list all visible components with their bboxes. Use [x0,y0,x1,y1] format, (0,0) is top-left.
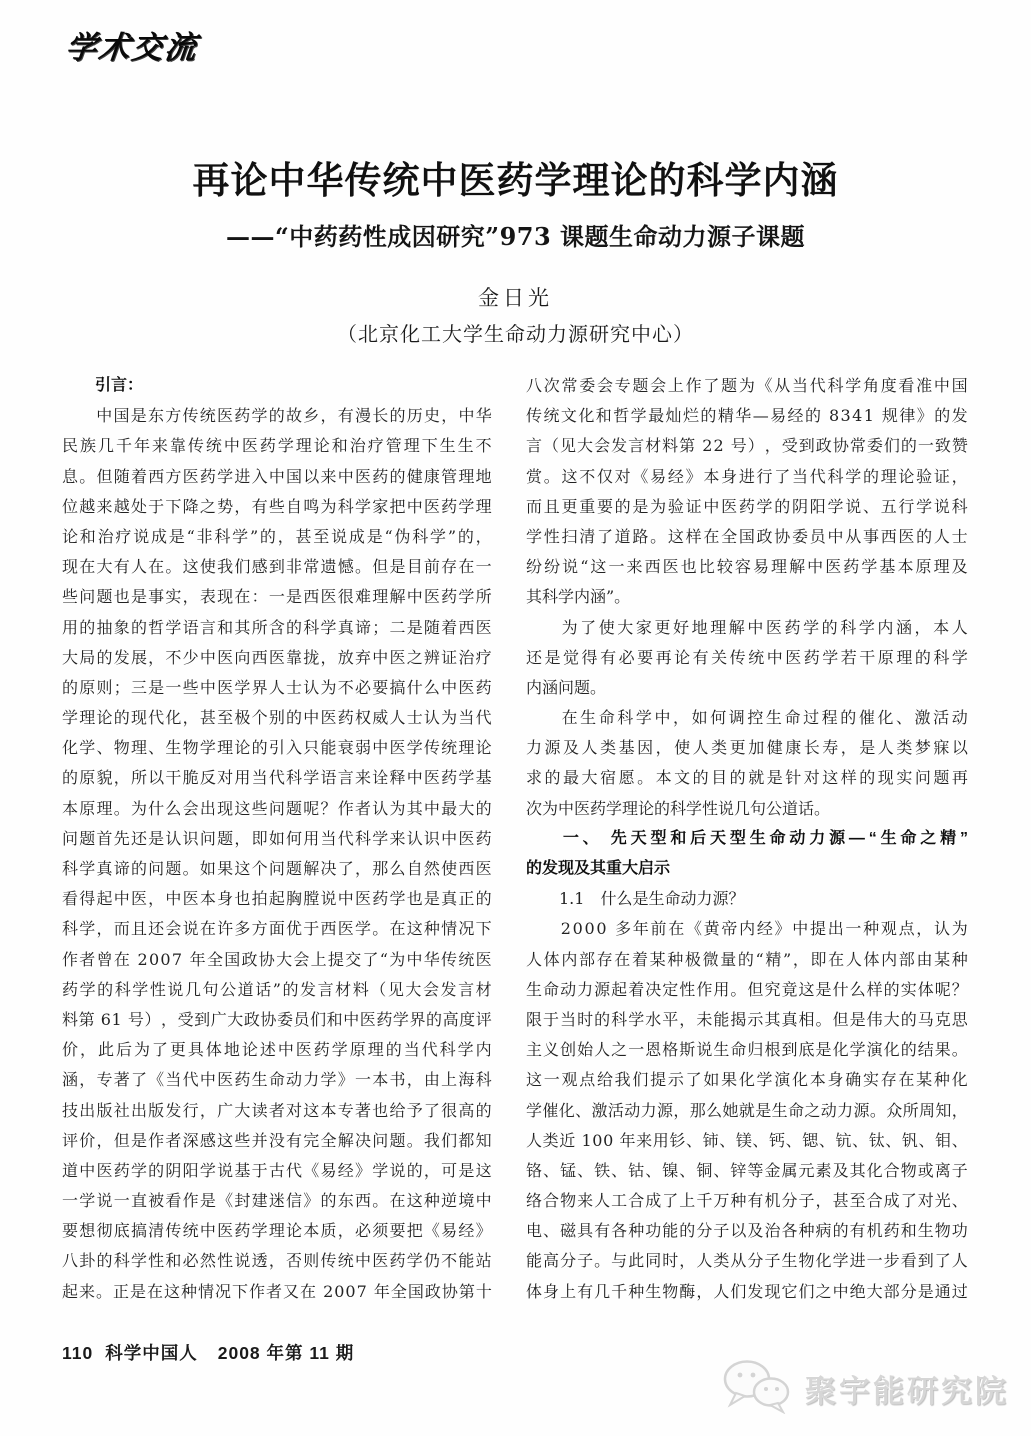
text-line: 次为中医药学理论的科学性说几句公道话。 [526,794,968,824]
text-line: 限于当时的科学水平，未能揭示其真相。但是伟大的马克思 [526,1005,968,1035]
text-line: 科学真谛的问题。如果这个问题解决了，那么自然使西医 [62,854,492,884]
wechat-icon [721,1358,793,1418]
text-line: 民族几千年来靠传统中医药学理论和治疗管理下生生不 [62,431,492,461]
text-line: 还是觉得有必要再论有关传统中医药学若干原理的科学 [526,643,968,673]
text-line: 一学说一直被看作是《封建迷信》的东西。在这种逆境中 [62,1186,492,1216]
text-line: 的原貌，所以干脆反对用当代科学语言来诠释中医药学基 [62,763,492,793]
text-line: 人类近 100 年来用钐、铈、镁、钙、锶、钪、钛、钒、钼、 [526,1126,968,1156]
text-line: 化学、物理、生物学理论的引入只能衰弱中医学传统理论 [62,733,492,763]
text-line: 能高分子。与此同时，人类从分子生物化学进一步看到了人 [526,1246,968,1276]
left-column: 引言：中国是东方传统医药学的故乡，有漫长的历史，中华民族几千年来靠传统中医药学理… [62,371,492,1307]
scanned-paper-page: 学术交流 再论中华传统中医药学理论的科学内涵 ——“中药药性成因研究”973 课… [0,0,1031,1436]
text-line: 看得起中医，中医本身也拍起胸膛说中医药学也是真正的 [62,884,492,914]
paper-subtitle: ——“中药药性成因研究”973 课题生命动力源子课题 [0,217,1031,252]
text-line: 的发现及其重大启示 [526,854,968,884]
text-line: 学理论的现代化，甚至极个别的中医药权威人士认为当代 [62,703,492,733]
text-line: 本原理。为什么会出现这些问题呢？作者认为其中最大的 [62,794,492,824]
author-name: 金日光 [0,282,1031,312]
text-line: 传统文化和哲学最灿烂的精华—易经的 8341 规律》的发 [526,401,968,431]
text-line: 现在大有人在。这使我们感到非常遗憾。但是目前存在一 [62,552,492,582]
page-footer: 110 科学中国人 2008 年第 11 期 [62,1340,354,1365]
text-line: 这一观点给我们提示了如果化学演化本身确实存在某种化 [526,1065,968,1095]
text-line: 生命动力源起着决定性作用。但究竟这是什么样的实体呢？ [526,975,968,1005]
text-line: 涵，专著了《当代中医药生命动力学》一本书，由上海科 [62,1065,492,1095]
text-line: 2000 多年前在《黄帝内经》中提出一种观点，认为 [526,914,968,944]
text-line: 一、 先天型和后天型生命动力源—“生命之精” [526,824,968,854]
text-line: 药学的科学性说几句公道话”的发言材料（见大会发言材 [62,975,492,1005]
text-line: 位越来越处于下降之势，有些自鸣为科学家把中医药学理 [62,492,492,522]
text-line: 八卦的科学性和必然性说透，否则传统中医药学仍不能站 [62,1246,492,1276]
right-column: 八次常委会专题会上作了题为《从当代科学角度看准中国传统文化和哲学最灿烂的精华—易… [526,371,968,1307]
text-line: 八次常委会专题会上作了题为《从当代科学角度看准中国 [526,371,968,401]
text-line: 在生命科学中，如何调控生命过程的催化、激活动 [526,703,968,733]
text-line: 引言： [62,371,492,401]
text-line: 技出版社出版发行，广大读者对这本专著也给予了很高的 [62,1096,492,1126]
text-line: 络合物来人工合成了上千万种有机分子，甚至合成了对光、 [526,1186,968,1216]
text-line: 的原则；三是一些中医学界人士认为不必要搞什么中医药 [62,673,492,703]
text-line: 论和治疗说成是“非科学”的，甚至说成是“伪科学”的， [62,522,492,552]
text-line: 求的最大宿愿。本文的目的就是针对这样的现实问题再 [526,763,968,793]
text-line: 1.1 什么是生命动力源？ [526,884,968,914]
text-line: 体身上有几千种生物酶，人们发现它们之中绝大部分是通过 [526,1277,968,1307]
text-line: 问题首先还是认识问题，即如何用当代科学来认识中医药 [62,824,492,854]
text-line: 赏。这不仅对《易经》本身进行了当代科学的理论验证， [526,462,968,492]
issue-label: 2008 年第 11 期 [218,1340,355,1365]
text-line: 人体内部存在着某种极微量的“精”，即在人体内部由某种 [526,945,968,975]
text-line: 内涵问题。 [526,673,968,703]
text-line: 要想彻底搞清传统中医药学理论本质，必须要把《易经》 [62,1216,492,1246]
text-line: 用的抽象的哲学语言和其所含的科学真谛；二是随着西医 [62,613,492,643]
text-line: 言（见大会发言材料第 22 号），受到政协常委们的一致赞 [526,431,968,461]
text-line: 价，此后为了更具体地论述中医药学原理的当代科学内 [62,1035,492,1065]
text-line: 学性扫清了道路。这样在全国政协委员中从事西医的人士 [526,522,968,552]
text-line: 料第 61 号），受到广大政协委员们和中医药学界的高度评 [62,1005,492,1035]
text-line: 大局的发展，不少中医向西医靠拢，放弃中医之辨证治疗 [62,643,492,673]
text-line: 电、磁具有各种功能的分子以及治各种病的有机药和生物功 [526,1216,968,1246]
text-line: 评价，但是作者深感这些并没有完全解决问题。我们都知 [62,1126,492,1156]
text-line: 主义创始人之一恩格斯说生命归根到底是化学演化的结果。 [526,1035,968,1065]
author-affiliation: （北京化工大学生命动力源研究中心） [0,318,1031,347]
watermark-text: 聚宇能研究院 [805,1366,1009,1411]
page-number: 110 [62,1343,93,1364]
text-line: 其科学内涵”。 [526,582,968,612]
paper-title: 再论中华传统中医药学理论的科学内涵 [0,150,1031,204]
watermark: 聚宇能研究院 [721,1358,1009,1418]
text-line: 道中医药学的阴阳学说基于古代《易经》学说的，可是这 [62,1156,492,1186]
text-line: 铬、锰、铁、钴、镍、铜、锌等金属元素及其化合物或离子 [526,1156,968,1186]
text-line: 科学，而且还会说在许多方面优于西医学。在这种情况下 [62,914,492,944]
text-line: 息。但随着西方医药学进入中国以来中医药的健康管理地 [62,462,492,492]
text-line: 力源及人类基因，使人类更加健康长寿，是人类梦寐以 [526,733,968,763]
text-line: 作者曾在 2007 年全国政协大会上提交了“为中华传统医 [62,945,492,975]
journal-section-logo: 学术交流 [64,22,201,67]
text-line: 些问题也是事实，表现在：一是西医很难理解中医药学所 [62,582,492,612]
text-line: 学催化、激活动力源，那么她就是生命之动力源。众所周知， [526,1096,968,1126]
journal-name: 科学中国人 [105,1340,198,1365]
text-line: 中国是东方传统医药学的故乡，有漫长的历史，中华 [62,401,492,431]
text-line: 为了使大家更好地理解中医药学的科学内涵，本人 [526,613,968,643]
text-line: 而且更重要的是为验证中医药学的阴阳学说、五行学说科 [526,492,968,522]
text-line: 纷纷说“这一来西医也比较容易理解中医药学基本原理及 [526,552,968,582]
text-line: 起来。正是在这种情况下作者又在 2007 年全国政协第十 [62,1277,492,1307]
